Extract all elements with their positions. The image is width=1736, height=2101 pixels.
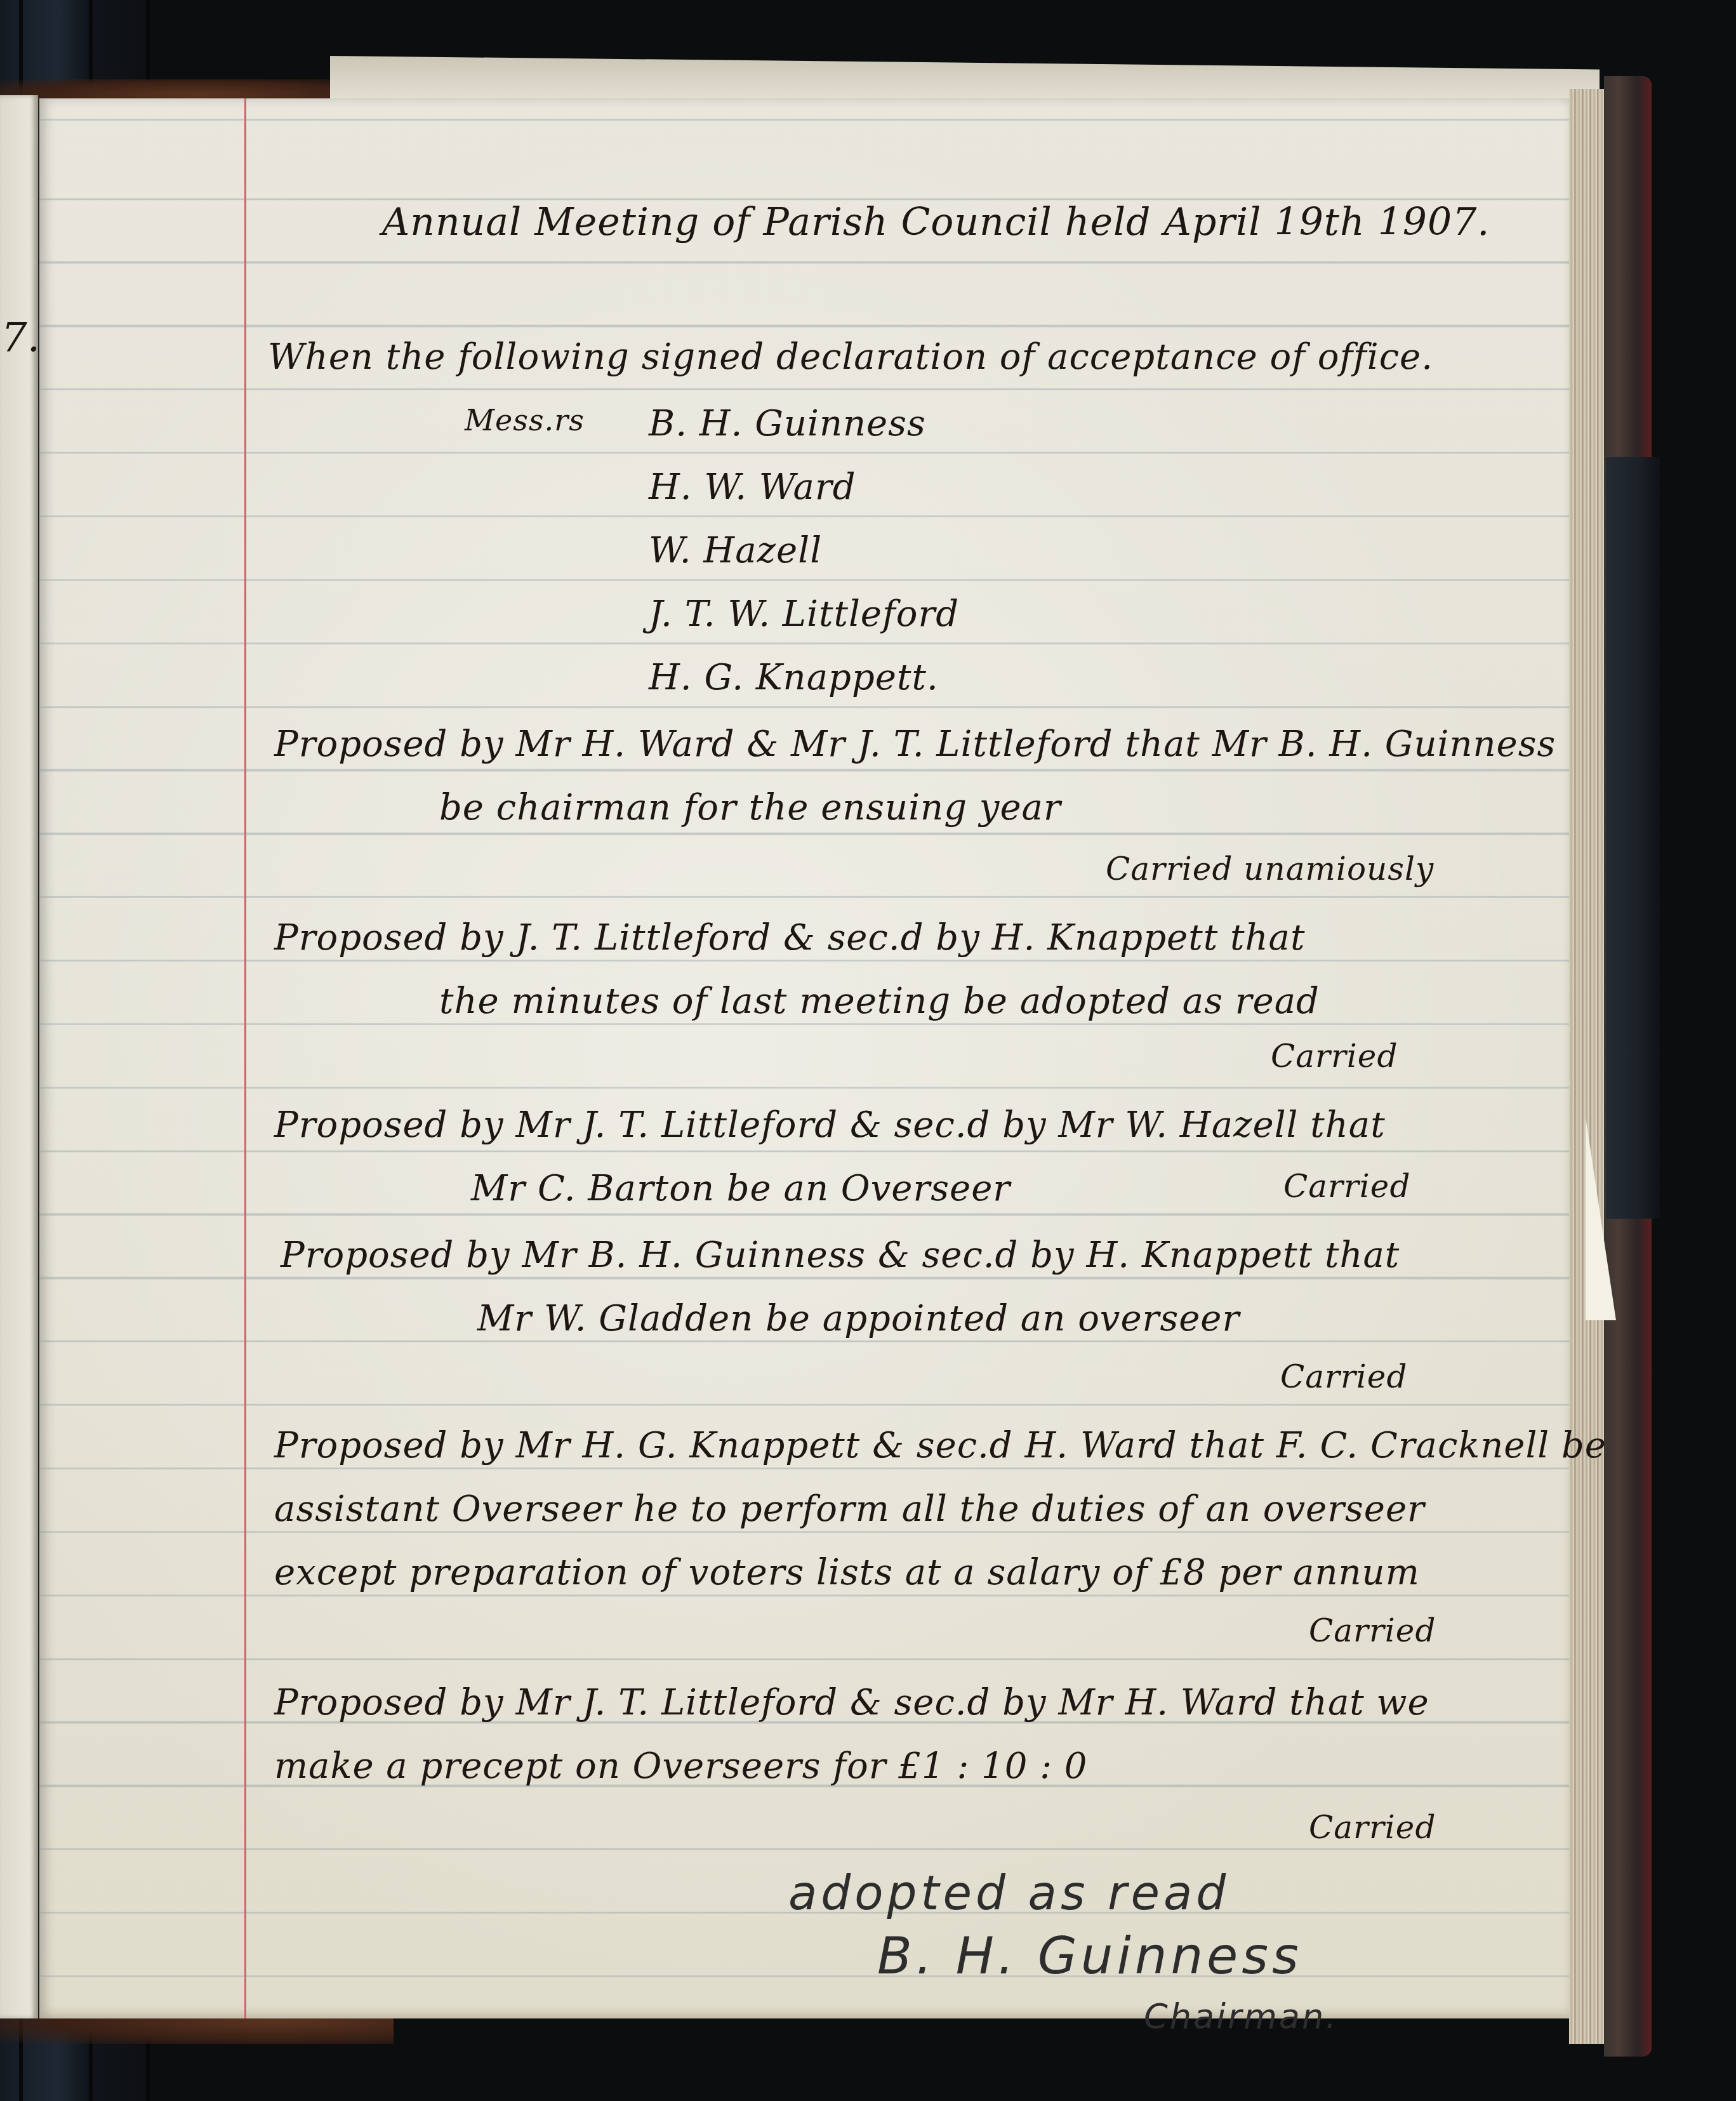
resolution-line: Proposed by Mr J. T. Littleford & sec.d … bbox=[274, 1682, 1429, 1723]
chairman-title: Chairman. bbox=[1144, 1996, 1338, 2036]
resolution-result: Carried unamiously bbox=[1106, 851, 1434, 887]
resolution-result: Carried bbox=[1309, 1809, 1436, 1846]
folded-page-flap bbox=[330, 56, 1600, 102]
resolution-line: Mr C. Barton be an Overseer bbox=[471, 1168, 1010, 1209]
resolution-line: be chairman for the ensuing year bbox=[439, 787, 1061, 828]
resolution-line: Proposed by Mr B. H. Guinness & sec.d by… bbox=[281, 1235, 1400, 1276]
resolution-line: Proposed by J. T. Littleford & sec.d by … bbox=[274, 917, 1305, 958]
members-prefix: Mess.rs bbox=[465, 403, 585, 437]
resolution-result: Carried bbox=[1280, 1358, 1407, 1395]
page-stack-edges bbox=[1569, 89, 1604, 2044]
resolution-line: assistant Overseer he to perform all the… bbox=[274, 1488, 1425, 1530]
resolution-line: Proposed by Mr H. Ward & Mr J. T. Little… bbox=[274, 724, 1556, 765]
approval-note: adopted as read bbox=[788, 1866, 1229, 1921]
resolution-result: Carried bbox=[1309, 1612, 1436, 1649]
member-name: W. Hazell bbox=[649, 530, 822, 571]
member-name: J. T. W. Littleford bbox=[649, 593, 959, 635]
resolution-line: make a precept on Overseers for £1 : 10 … bbox=[274, 1746, 1087, 1787]
resolution-line: Proposed by Mr J. T. Littleford & sec.d … bbox=[274, 1104, 1386, 1146]
red-margin-line bbox=[244, 98, 246, 2018]
meeting-title: Annual Meeting of Parish Council held Ap… bbox=[382, 200, 1490, 244]
resolution-line: Mr W. Gladden be appointed an overseer bbox=[477, 1298, 1240, 1339]
resolution-line: Proposed by Mr H. G. Knappett & sec.d H.… bbox=[274, 1425, 1607, 1466]
member-name: B. H. Guinness bbox=[649, 403, 926, 444]
member-name: H. W. Ward bbox=[649, 467, 856, 508]
previous-page-fragment: 7. bbox=[1, 314, 40, 361]
resolution-result: Carried bbox=[1283, 1168, 1410, 1205]
previous-page-edge: 7. bbox=[0, 95, 38, 2018]
intro-line: When the following signed declaration of… bbox=[268, 336, 1433, 378]
chairman-signature: B. H. Guinness bbox=[877, 1926, 1302, 1985]
resolution-line: except preparation of voters lists at a … bbox=[274, 1552, 1420, 1593]
member-name: H. G. Knappett. bbox=[649, 657, 939, 698]
resolution-line: the minutes of last meeting be adopted a… bbox=[439, 981, 1320, 1022]
resolution-result: Carried bbox=[1271, 1038, 1398, 1075]
binding-cloth-tear bbox=[1606, 457, 1660, 1219]
manuscript-page: Annual Meeting of Parish Council held Ap… bbox=[39, 98, 1569, 2018]
